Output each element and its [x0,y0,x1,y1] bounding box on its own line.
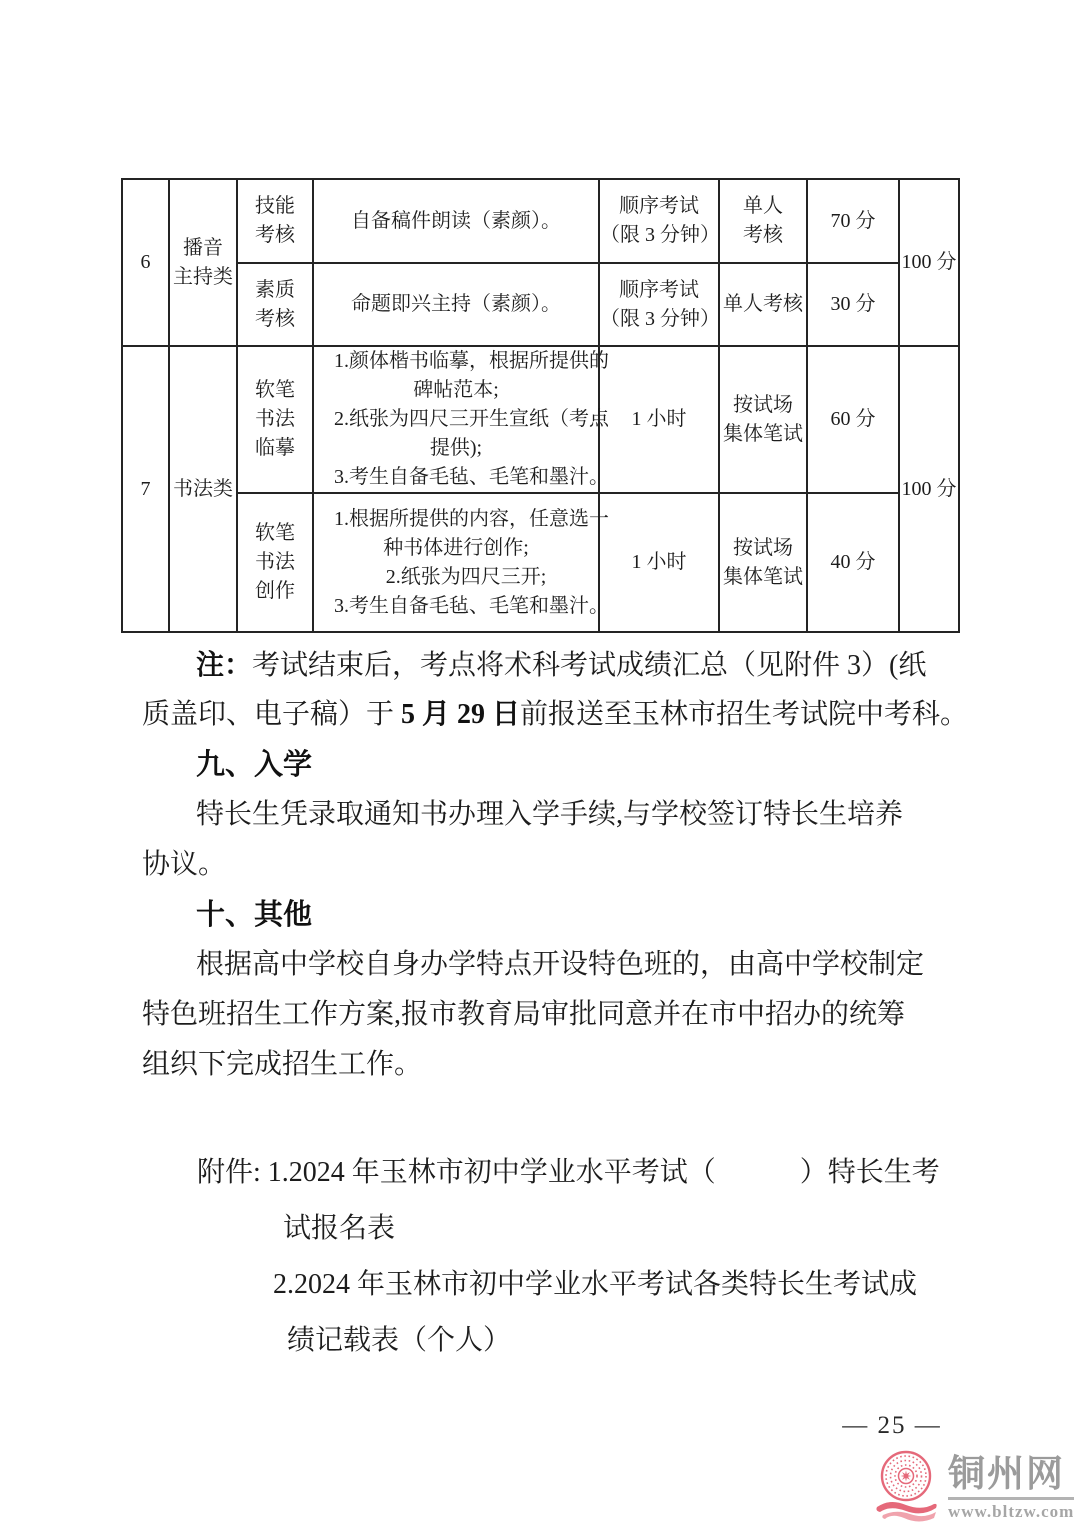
attachments-block: 附件: 1.2024 年玉林市初中学业水平考试（ ）特长生考 试报名表 2.20… [142,1145,1042,1369]
row7-sub2-subject: 软笔 书法 创作 [237,493,313,632]
row6-sub1-score: 70 分 [807,179,899,263]
row7-sub1-mode: 按试场 集体笔试 [719,346,807,493]
watermark: 铜州网 www.bltzw.com [870,1448,1074,1524]
row6-total-score: 100 分 [899,179,959,346]
row6-sub2-content: 命题即兴主持（素颜）。 [313,263,599,346]
attachment-line: 2.2024 年玉林市初中学业水平考试各类特长生考试成 [142,1257,1042,1313]
requirement-item: 3.考生自备毛毡、毛笔和墨汁。 [314,592,598,621]
row6-sub1-subject: 技能 考核 [237,179,313,263]
requirement-item: 1.根据所提供的内容，任意选一 种书体进行创作; [314,505,598,563]
exam-schedule-table: 6 播音 主持类 技能 考核 自备稿件朗读（素颜）。 顺序考试 （限 3 分钟）… [121,178,960,633]
row7-sub1-score: 60 分 [807,346,899,493]
row7-sub2-mode: 按试场 集体笔试 [719,493,807,632]
attachment-line: 试报名表 [142,1201,1042,1257]
requirement-item: 2.纸张为四尺三开生宣纸（考点 提供); [314,405,598,463]
row7-total-score: 100 分 [899,346,959,632]
deadline-date: 5 月 29 日 [401,699,520,730]
attachments-label: 附件: [197,1157,261,1188]
row6-sub2-mode: 单人考核 [719,263,807,346]
note-text: 质盖印、电子稿）于 [142,699,401,730]
row7-number: 7 [122,346,169,632]
watermark-site-url: www.bltzw.com [948,1502,1074,1522]
note-text: 前报送至玉林市招生考试院中考科。 [520,699,968,730]
requirement-item: 2.纸张为四尺三开; [314,563,598,592]
row6-sub1-format: 顺序考试 （限 3 分钟） [599,179,719,263]
table-row: 6 播音 主持类 技能 考核 自备稿件朗读（素颜）。 顺序考试 （限 3 分钟）… [122,179,959,263]
table-row: 素质 考核 命题即兴主持（素颜）。 顺序考试 （限 3 分钟） 单人考核 30 … [122,263,959,346]
section9-line: 协议。 [142,840,1042,890]
section10-line: 根据高中学校自身办学特点开设特色班的，由高中学校制定 [142,940,1042,990]
section10-line: 特色班招生工作方案,报市教育局审批同意并在市中招办的统筹 [142,990,1042,1040]
row6-sub2-score: 30 分 [807,263,899,346]
row6-category: 播音 主持类 [169,179,237,346]
section10-heading: 十、其他 [142,890,1042,940]
row6-number: 6 [122,179,169,346]
attachment-line: 绩记载表（个人） [142,1313,1042,1369]
row7-sub1-requirements: 1.颜体楷书临摹，根据所提供的 碑帖范本; 2.纸张为四尺三开生宣纸（考点 提供… [313,346,599,493]
note-line: 注：考试结束后，考点将术科考试成绩汇总（见附件 3）(纸 [142,640,1042,690]
row7-sub2-duration: 1 小时 [599,493,719,632]
body-text: 注：考试结束后，考点将术科考试成绩汇总（见附件 3）(纸 质盖印、电子稿）于 5… [142,640,1042,1090]
page-number: — 25 — [830,1412,954,1446]
row6-sub2-format: 顺序考试 （限 3 分钟） [599,263,719,346]
row7-sub1-duration: 1 小时 [599,346,719,493]
row6-sub1-content: 自备稿件朗读（素颜）。 [313,179,599,263]
row7-sub1-subject: 软笔 书法 临摹 [237,346,313,493]
watermark-site-name: 铜州网 [948,1454,1074,1500]
section9-heading: 九、入学 [142,740,1042,790]
table-row: 软笔 书法 创作 1.根据所提供的内容，任意选一 种书体进行创作; 2.纸张为四… [122,493,959,632]
attachment-1-title: 1.2024 年玉林市初中学业水平考试（ ）特长生考 [261,1157,940,1188]
requirement-item: 3.考生自备毛毡、毛笔和墨汁。 [314,463,598,492]
row7-sub2-requirements: 1.根据所提供的内容，任意选一 种书体进行创作; 2.纸张为四尺三开; 3.考生… [313,493,599,632]
watermark-text: 铜州网 www.bltzw.com [948,1454,1074,1522]
section10-line: 组织下完成招生工作。 [142,1040,1042,1090]
section9-line: 特长生凭录取通知书办理入学手续,与学校签订特长生培养 [142,790,1042,840]
note-text: 考试结束后，考点将术科考试成绩汇总（见附件 3）(纸 [252,650,926,681]
attachment-line: 附件: 1.2024 年玉林市初中学业水平考试（ ）特长生考 [142,1145,1042,1201]
row6-sub2-subject: 素质 考核 [237,263,313,346]
row7-sub2-score: 40 分 [807,493,899,632]
requirement-item: 1.颜体楷书临摹，根据所提供的 碑帖范本; [314,347,598,405]
row6-sub1-mode: 单人 考核 [719,179,807,263]
note-label: 注： [196,649,252,680]
note-line: 质盖印、电子稿）于 5 月 29 日前报送至玉林市招生考试院中考科。 [142,690,1042,740]
document-page: 6 播音 主持类 技能 考核 自备稿件朗读（素颜）。 顺序考试 （限 3 分钟）… [0,0,1080,1526]
table-row: 7 书法类 软笔 书法 临摹 1.颜体楷书临摹，根据所提供的 碑帖范本; 2.纸… [122,346,959,493]
row7-category: 书法类 [169,346,237,632]
tongzhou-logo-icon [870,1448,942,1524]
